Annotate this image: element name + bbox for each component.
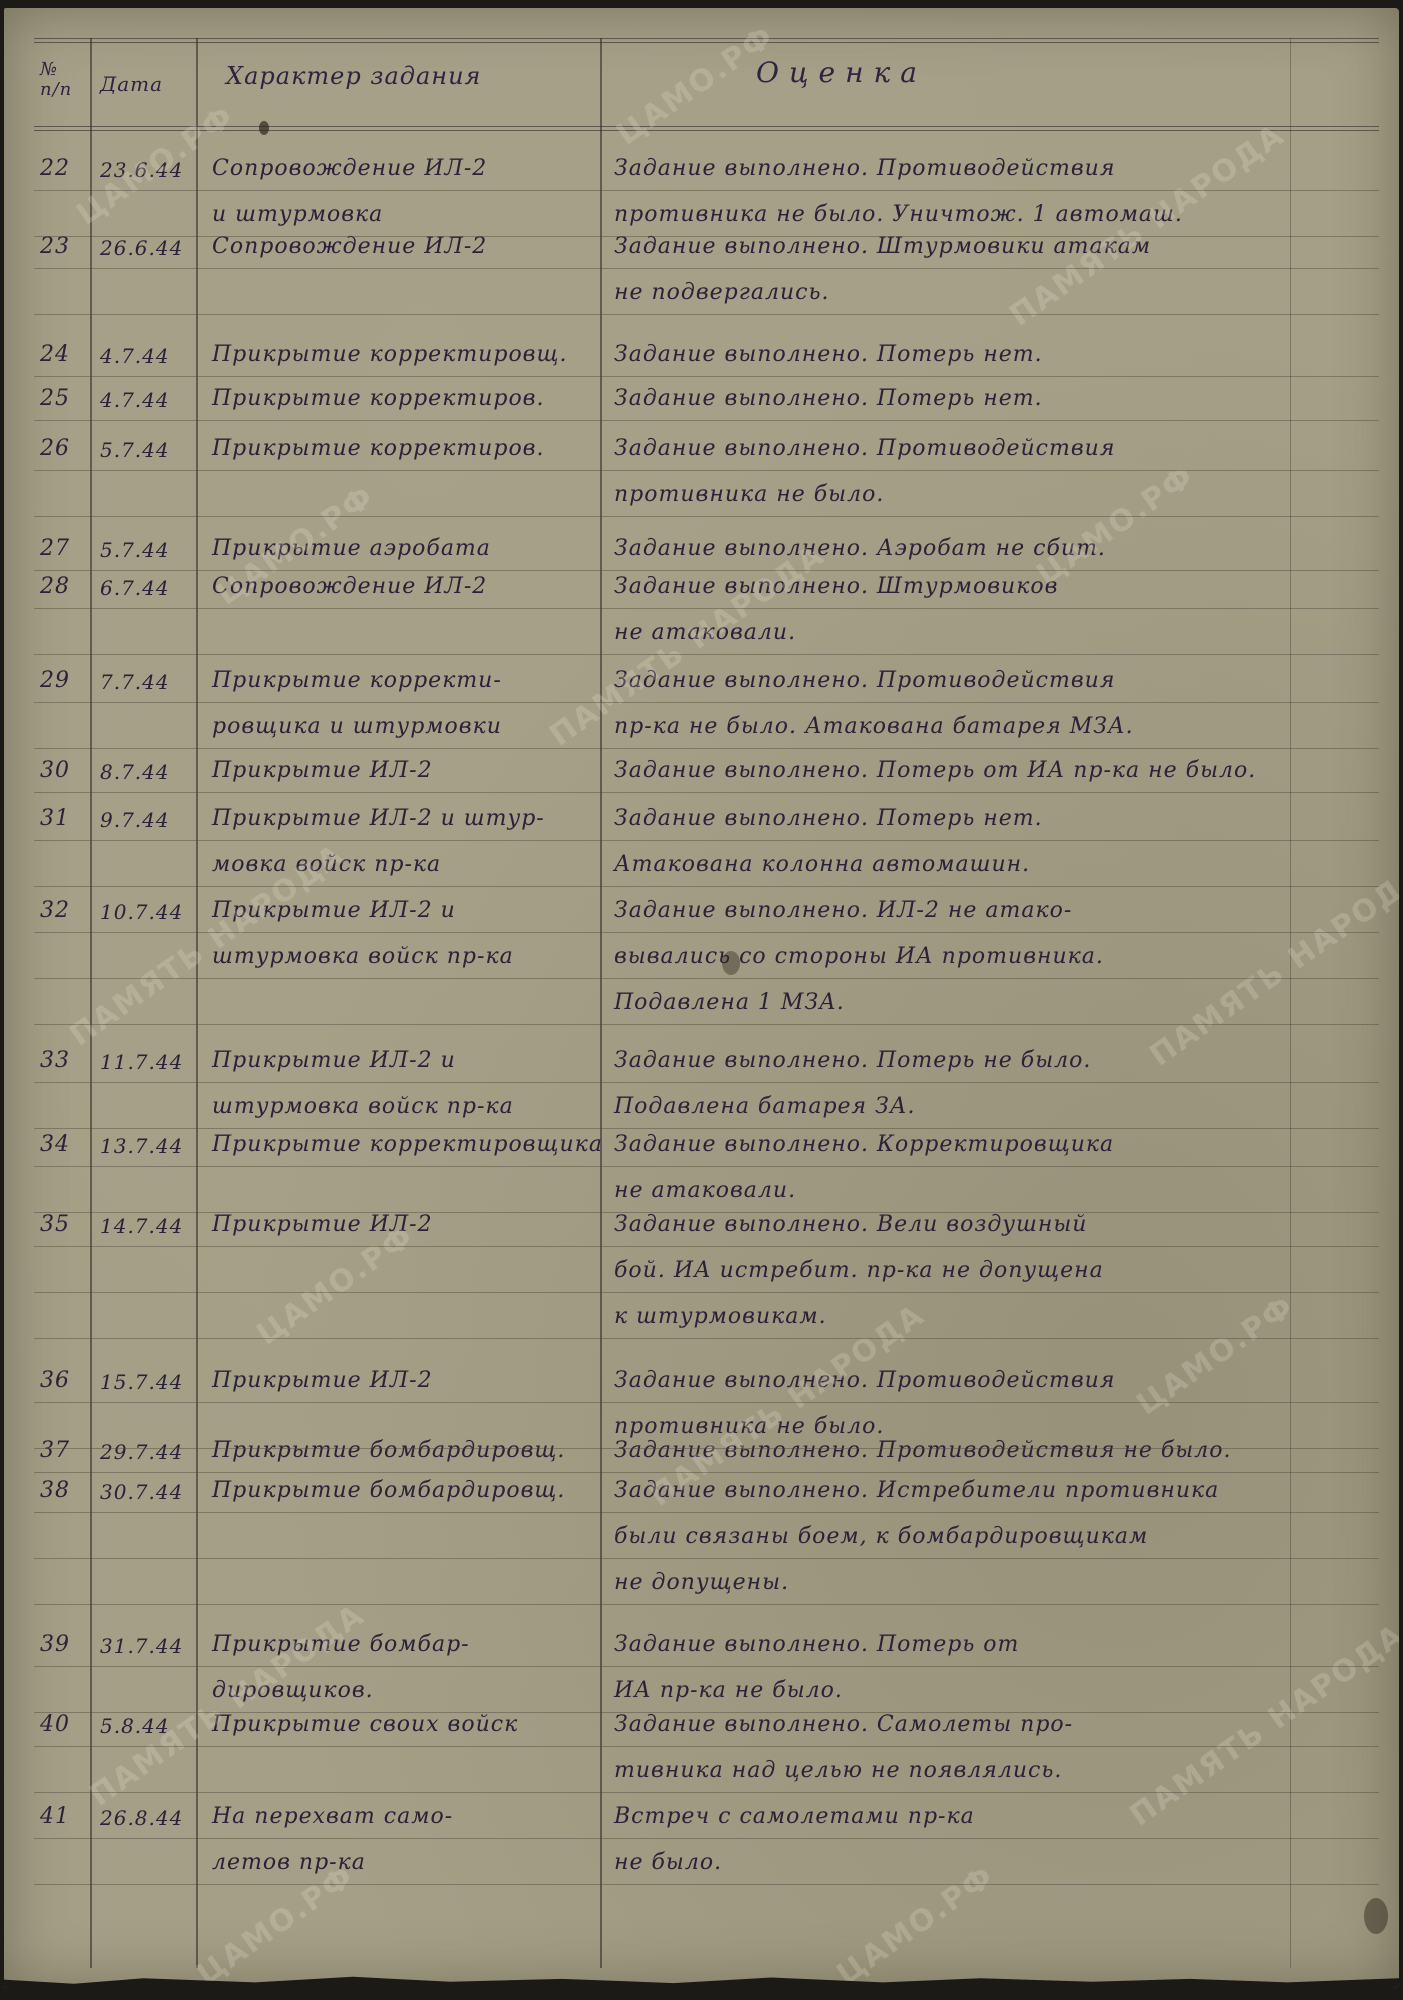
entry-task-line: Прикрытие корректи- — [212, 668, 502, 693]
entry-number: 23 — [40, 234, 70, 259]
entry-task-line: Прикрытие корректировщика — [212, 1132, 603, 1157]
watermark: ЦАМО.РФ — [1031, 459, 1201, 593]
entry-task-line: летов пр-ка — [212, 1850, 366, 1875]
ruled-line — [34, 268, 1379, 269]
entry-evaluation-line: не атаковали. — [614, 1178, 796, 1203]
entry-evaluation-line: не атаковали. — [614, 620, 796, 645]
entry-date: 5.7.44 — [100, 438, 170, 462]
watermark: ПАМЯТЬ НАРОДА — [1144, 857, 1399, 1073]
ink-blot — [722, 951, 740, 975]
entry-task-line: Прикрытие аэробата — [212, 536, 491, 561]
column-divider-task — [600, 38, 602, 1968]
entry-number: 27 — [40, 536, 70, 561]
entry-date: 23.6.44 — [100, 158, 183, 182]
entry-task-line: Прикрытие ИЛ-2 и штур- — [212, 806, 545, 831]
ruled-line — [34, 1402, 1379, 1403]
entry-evaluation-line: Задание выполнено. Вели воздушный — [614, 1212, 1087, 1237]
ruled-line — [34, 1246, 1379, 1247]
ruled-line — [34, 1604, 1379, 1605]
entry-evaluation-line: пр-ка не было. Атакована батарея МЗА. — [614, 714, 1134, 739]
entry-date: 15.7.44 — [100, 1370, 183, 1394]
header-number: № п/п — [40, 60, 80, 100]
ruled-line — [34, 1472, 1379, 1473]
ruled-line — [34, 792, 1379, 793]
entry-task-line: Прикрытие ИЛ-2 и — [212, 898, 456, 923]
ink-blot — [1364, 1898, 1388, 1934]
ruled-line — [34, 1166, 1379, 1167]
entry-evaluation-line: Задание выполнено. Аэробат не сбит. — [614, 536, 1106, 561]
entry-number: 40 — [40, 1712, 70, 1737]
entry-number: 25 — [40, 386, 70, 411]
entry-evaluation-line: Атакована колонна автомашин. — [614, 852, 1030, 877]
ruled-line — [34, 314, 1379, 315]
entry-task-line: Прикрытие корректиров. — [212, 386, 544, 411]
entry-evaluation-line: Подавлена батарея ЗА. — [614, 1094, 915, 1119]
entry-evaluation-line: Задание выполнено. Потерь от — [614, 1632, 1019, 1657]
entry-evaluation-line: бой. ИА истребит. пр-ка не допущена — [614, 1258, 1104, 1283]
ruled-line — [34, 1792, 1379, 1793]
entry-task-line: Прикрытие своих войск — [212, 1712, 518, 1737]
entry-task-line: ровщика и штурмовки — [212, 714, 502, 739]
entry-task-line: Прикрытие корректиров. — [212, 436, 544, 461]
ruled-line — [34, 1666, 1379, 1667]
ink-blot — [259, 121, 269, 135]
entry-evaluation-line: противника не было. — [614, 482, 884, 507]
entry-number: 31 — [40, 806, 70, 831]
entry-number: 30 — [40, 758, 70, 783]
ruled-line — [34, 978, 1379, 979]
entry-date: 14.7.44 — [100, 1214, 183, 1238]
entry-task-line: Прикрытие ИЛ-2 — [212, 1212, 433, 1237]
entry-date: 6.7.44 — [100, 576, 170, 600]
entry-evaluation-line: были связаны боем, к бомбардировщикам — [614, 1524, 1148, 1549]
entry-number: 22 — [40, 156, 70, 181]
ruled-line — [34, 1448, 1379, 1449]
watermark: ПАМЯТЬ НАРОДА — [1124, 1617, 1399, 1833]
entry-evaluation-line: Задание выполнено. Штурмовиков — [614, 574, 1058, 599]
entry-task-line: Сопровождение ИЛ-2 — [212, 234, 487, 259]
entry-number: 37 — [40, 1438, 70, 1463]
torn-edge — [4, 1974, 1399, 1988]
entry-evaluation-line: Задание выполнено. Потерь нет. — [614, 386, 1043, 411]
ruled-line — [34, 1338, 1379, 1339]
entry-date: 29.7.44 — [100, 1440, 183, 1464]
entry-evaluation-line: не подвергались. — [614, 280, 829, 305]
watermark: ЦАМО.РФ — [251, 1219, 421, 1353]
ruled-line — [34, 840, 1379, 841]
ruled-line — [34, 886, 1379, 887]
ruled-line — [34, 1212, 1379, 1213]
entry-date: 8.7.44 — [100, 760, 170, 784]
entry-number: 33 — [40, 1048, 70, 1073]
entry-evaluation-line: Задание выполнено. Потерь нет. — [614, 342, 1043, 367]
ruled-line — [34, 702, 1379, 703]
entry-date: 11.7.44 — [100, 1050, 183, 1074]
entry-evaluation-line: Задание выполнено. Противодействия — [614, 156, 1115, 181]
entry-date: 13.7.44 — [100, 1134, 183, 1158]
watermark: ЦАМО.РФ — [191, 1859, 361, 1988]
entry-evaluation-line: Встреч с самолетами пр-ка — [614, 1804, 975, 1829]
entry-number: 36 — [40, 1368, 70, 1393]
header-evaluation: Оценка — [756, 56, 927, 89]
ruled-line — [34, 1082, 1379, 1083]
entry-evaluation-line: Задание выполнено. Противодействия — [614, 668, 1115, 693]
entry-number: 24 — [40, 342, 70, 367]
ruled-line — [34, 1128, 1379, 1129]
entry-evaluation-line: Задание выполнено. Корректировщика — [614, 1132, 1114, 1157]
header-task: Характер задания — [226, 62, 481, 90]
entry-evaluation-line: Задание выполнено. Штурмовики атакам — [614, 234, 1151, 259]
entry-task-line: штурмовка войск пр-ка — [212, 944, 514, 969]
watermark: ЦАМО.РФ — [831, 1859, 1001, 1988]
ruled-line — [34, 570, 1379, 571]
entry-number: 39 — [40, 1632, 70, 1657]
document-page: № п/п Дата Характер задания Оценка 2223.… — [4, 8, 1399, 1988]
entry-evaluation-line: Задание выполнено. ИЛ-2 не атако- — [614, 898, 1072, 923]
right-margin-line — [1290, 38, 1291, 1968]
column-divider-date — [196, 38, 198, 1968]
entry-date: 5.8.44 — [100, 1714, 170, 1738]
entry-evaluation-line: Задание выполнено. Истребители противник… — [614, 1478, 1219, 1503]
entry-evaluation-line: Задание выполнено. Потерь от ИА пр-ка не… — [614, 758, 1256, 783]
entry-task-line: штурмовка войск пр-ка — [212, 1094, 514, 1119]
header-date: Дата — [100, 72, 163, 96]
entry-evaluation-line: ИА пр-ка не было. — [614, 1678, 843, 1703]
entry-number: 34 — [40, 1132, 70, 1157]
entry-evaluation-line: не допущены. — [614, 1570, 789, 1595]
entry-task-line: Прикрытие бомбар- — [212, 1632, 470, 1657]
entry-evaluation-line: Задание выполнено. Противодействия — [614, 1368, 1115, 1393]
entry-evaluation-line: Задание выполнено. Противодействия не бы… — [614, 1438, 1231, 1463]
ruled-line — [34, 932, 1379, 933]
entry-task-line: Прикрытие бомбардировщ. — [212, 1478, 565, 1503]
ruled-line — [34, 1712, 1379, 1713]
ruled-line — [34, 190, 1379, 191]
entry-evaluation-line: тивника над целью не появлялись. — [614, 1758, 1062, 1783]
ruled-line — [34, 420, 1379, 421]
watermark: ПАМЯТЬ НАРОДА — [84, 1597, 372, 1813]
entry-task-line: Прикрытие ИЛ-2 и — [212, 1048, 456, 1073]
entry-task-line: Прикрытие корректировщ. — [212, 342, 568, 367]
entry-task-line: Сопровождение ИЛ-2 — [212, 156, 487, 181]
ruled-line — [34, 748, 1379, 749]
entry-evaluation-line: Подавлена 1 МЗА. — [614, 990, 845, 1015]
ruled-line — [34, 1024, 1379, 1025]
entry-evaluation-line: Задание выполнено. Потерь не было. — [614, 1048, 1091, 1073]
entry-number: 29 — [40, 668, 70, 693]
header-top-rule — [34, 38, 1379, 43]
entry-evaluation-line: вывались со стороны ИА противника. — [614, 944, 1104, 969]
ruled-line — [34, 1838, 1379, 1839]
entry-task-line: Прикрытие бомбардировщ. — [212, 1438, 565, 1463]
entry-evaluation-line: Задание выполнено. Самолеты про- — [614, 1712, 1073, 1737]
ruled-line — [34, 654, 1379, 655]
entry-date: 30.7.44 — [100, 1480, 183, 1504]
ruled-line — [34, 608, 1379, 609]
entry-date: 31.7.44 — [100, 1634, 183, 1658]
entry-evaluation-line: противника не было. — [614, 1414, 884, 1439]
entry-number: 26 — [40, 436, 70, 461]
entry-task-line: и штурмовка — [212, 202, 383, 227]
entry-date: 10.7.44 — [100, 900, 183, 924]
entry-task-line: дировщиков. — [212, 1678, 374, 1703]
entry-task-line: Прикрытие ИЛ-2 — [212, 758, 433, 783]
entry-number: 32 — [40, 898, 70, 923]
entry-evaluation-line: Задание выполнено. Противодействия — [614, 436, 1115, 461]
entry-date: 26.8.44 — [100, 1806, 183, 1830]
ruled-line — [34, 516, 1379, 517]
entry-evaluation-line: противника не было. Уничтож. 1 автомаш. — [614, 202, 1183, 227]
entry-date: 4.7.44 — [100, 344, 170, 368]
entry-task-line: Прикрытие ИЛ-2 — [212, 1368, 433, 1393]
ruled-line — [34, 470, 1379, 471]
header-bottom-rule — [34, 126, 1379, 131]
column-divider-number — [90, 38, 92, 1968]
ruled-line — [34, 1512, 1379, 1513]
entry-task-line: На перехват само- — [212, 1804, 453, 1829]
entry-evaluation-line: не было. — [614, 1850, 722, 1875]
ruled-line — [34, 1558, 1379, 1559]
ruled-line — [34, 1746, 1379, 1747]
ruled-line — [34, 1292, 1379, 1293]
entry-task-line: мовка войск пр-ка — [212, 852, 441, 877]
entry-date: 7.7.44 — [100, 670, 170, 694]
entry-date: 26.6.44 — [100, 236, 183, 260]
entry-number: 38 — [40, 1478, 70, 1503]
entry-number: 41 — [40, 1804, 70, 1829]
ruled-line — [34, 236, 1379, 237]
entry-date: 9.7.44 — [100, 808, 170, 832]
entry-date: 5.7.44 — [100, 538, 170, 562]
entry-task-line: Сопровождение ИЛ-2 — [212, 574, 487, 599]
entry-evaluation-line: к штурмовикам. — [614, 1304, 827, 1329]
ruled-line — [34, 376, 1379, 377]
entry-evaluation-line: Задание выполнено. Потерь нет. — [614, 806, 1043, 831]
ruled-line — [34, 1884, 1379, 1885]
entry-number: 35 — [40, 1212, 70, 1237]
entry-date: 4.7.44 — [100, 388, 170, 412]
entry-number: 28 — [40, 574, 70, 599]
